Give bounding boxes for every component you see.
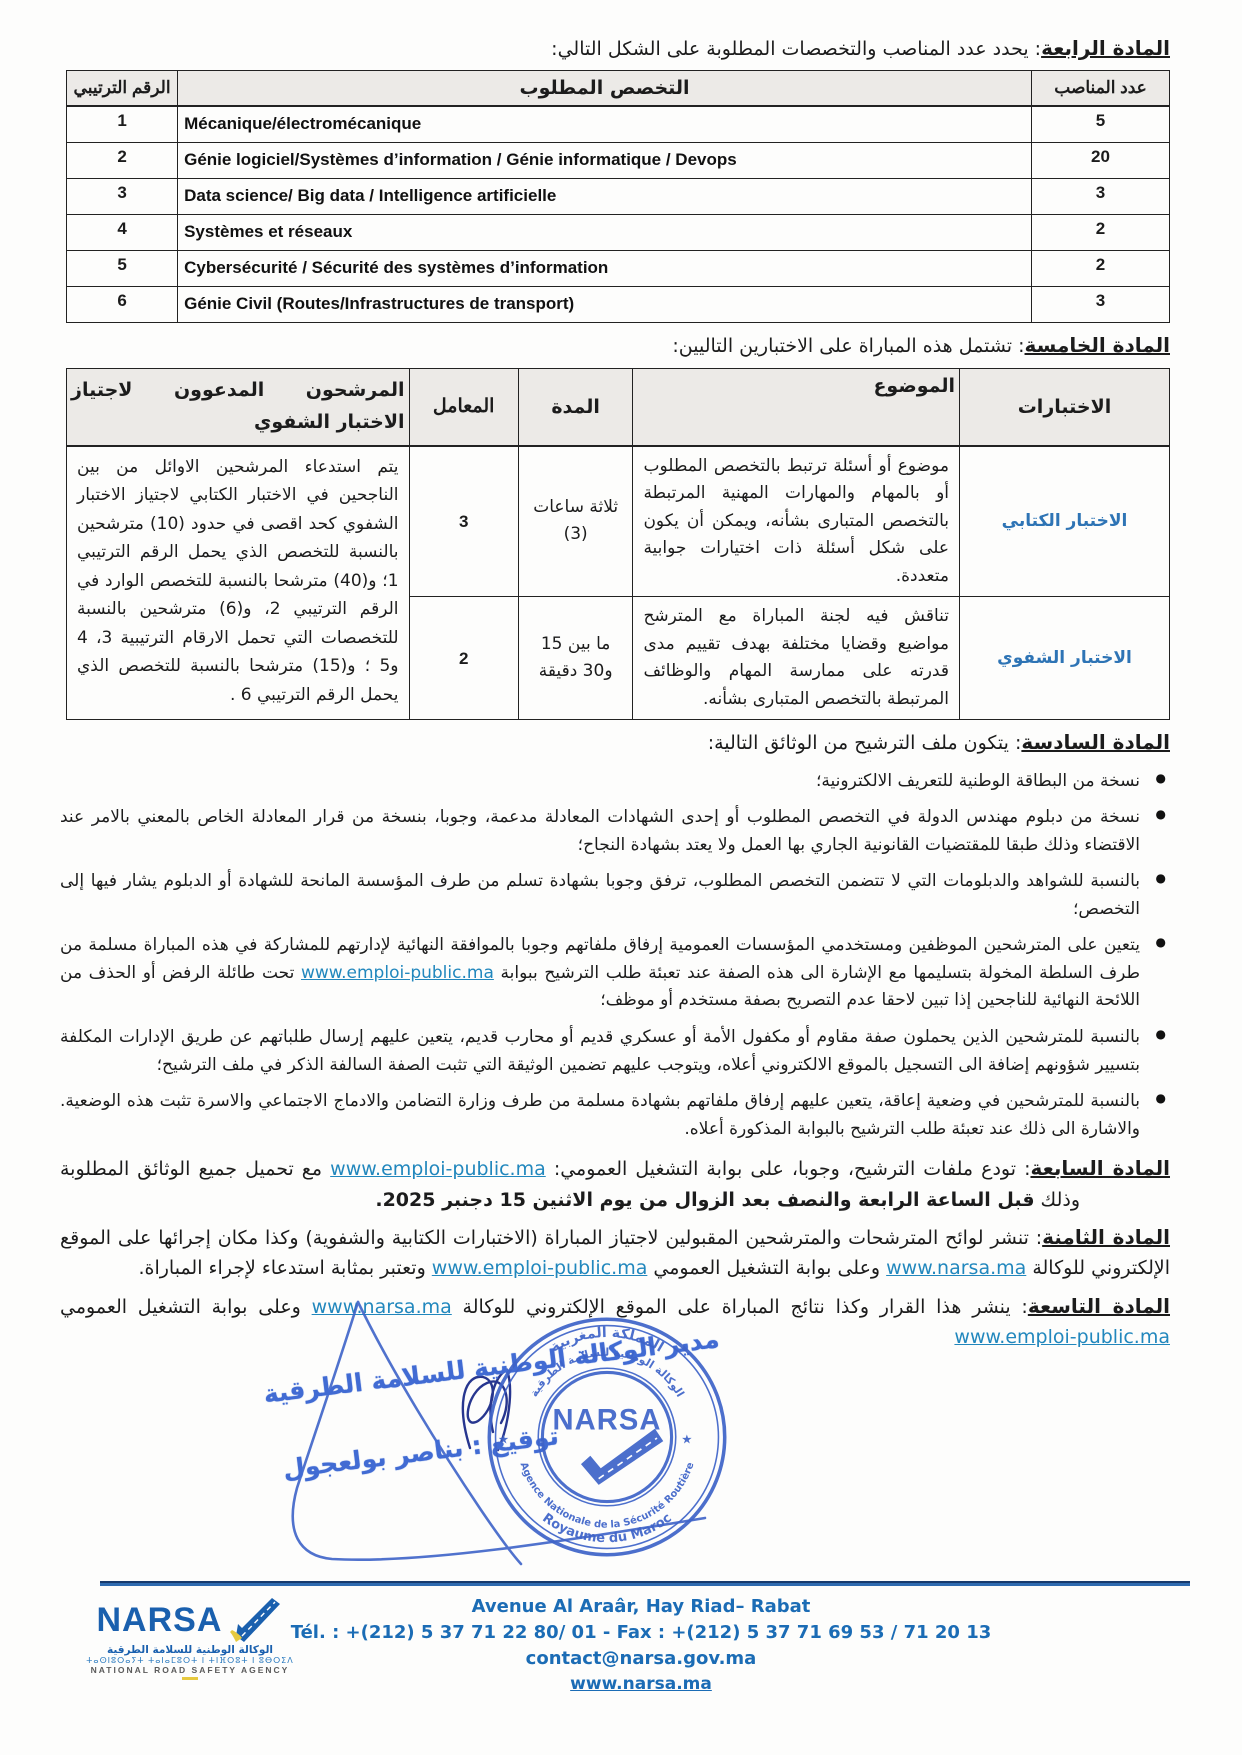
article-5-label: المادة الخامسة [1025, 333, 1170, 357]
spec-cell: Génie Civil (Routes/Infrastructures de t… [178, 287, 1032, 323]
deadline-text: قبل الساعة الرابعة والنصف بعد الزوال من … [375, 1189, 1034, 1211]
bullet-text: بالنسبة للمترشحين الذين يحملون صفة مقاوم… [60, 1027, 1140, 1075]
table-row: 5Mécanique/électromécanique1 [67, 106, 1170, 143]
positions-header-row: عدد المناصب التخصص المطلوب الرقم الترتيب… [67, 71, 1170, 107]
exams-table: الاختبارات الموضوع المدة المعامل المرشحو… [66, 368, 1170, 721]
spec-cell: Cybersécurité / Sécurité des systèmes d’… [178, 251, 1032, 287]
footer-website-link[interactable]: www.narsa.ma [570, 1674, 712, 1694]
spec-cell: Mécanique/électromécanique [178, 106, 1032, 143]
article-9-text: : ينشر هذا القرار وكذا نتائج المباراة عل… [452, 1296, 1028, 1318]
article-9-text: وعلى بوابة التشغيل العمومي [60, 1296, 312, 1318]
oral-exam-coefficient: 2 [409, 597, 518, 720]
col-header-subject: الموضوع [633, 368, 960, 445]
exams-header-row: الاختبارات الموضوع المدة المعامل المرشحو… [67, 368, 1170, 445]
count-cell: 2 [1032, 251, 1170, 287]
bullet-text: نسخة من دبلوم مهندس الدولة في التخصص الم… [60, 807, 1140, 855]
stamp-royaume-maroc: Royaume du Maroc [539, 1511, 674, 1547]
bullet-icon: ● [1156, 933, 1166, 952]
bullet-text: نسخة من البطاقة الوطنية للتعريف الالكترو… [816, 771, 1140, 791]
article-9-label: المادة التاسعة [1028, 1294, 1170, 1318]
emploi-public-link[interactable]: www.emploi-public.ma [954, 1326, 1170, 1348]
bullet-item: ●نسخة من البطاقة الوطنية للتعريف الالكتر… [60, 768, 1170, 796]
bullet-item: ●بالنسبة للمترشحين في وضعية إعاقة، يتعين… [60, 1088, 1170, 1143]
seq-cell: 5 [67, 251, 178, 287]
bullet-icon: ● [1156, 1089, 1166, 1108]
signature-scribble-icon [463, 1370, 510, 1450]
narsa-site-link[interactable]: www.narsa.ma [312, 1296, 452, 1318]
col-header-oral-candidates: المرشحون المدعوون لاجتياز الاختبار الشفو… [67, 368, 410, 445]
footer-email: contact@narsa.gov.ma [271, 1646, 1011, 1672]
bullet-item: ●نسخة من دبلوم مهندس الدولة في التخصص ال… [60, 804, 1170, 859]
seq-cell: 6 [67, 287, 178, 323]
oral-exam-subject: تناقش فيه لجنة المباراة مع المترشح مواضي… [633, 597, 960, 720]
stamp-agency-arabic: الوكالة الوطنية للسلامة الطرقية [527, 1346, 686, 1400]
article-4-heading: المادة الرابعة: يحدد عدد المناصب والتخصص… [60, 32, 1170, 64]
seq-cell: 2 [67, 143, 178, 179]
bullet-item: ●بالنسبة للشواهد والدبلومات التي لا تتضم… [60, 868, 1170, 923]
emploi-public-link[interactable]: www.emploi-public.ma [301, 963, 494, 983]
article-6-heading: المادة السادسة: يتكون ملف الترشيح من الو… [60, 726, 1170, 758]
col-header-positions-count: عدد المناصب [1032, 71, 1170, 107]
count-cell: 3 [1032, 287, 1170, 323]
seq-cell: 1 [67, 106, 178, 143]
document-page: المادة الرابعة: يحدد عدد المناصب والتخصص… [0, 0, 1242, 1755]
table-row: 2Systèmes et réseaux4 [67, 215, 1170, 251]
article-7-text: : تودع ملفات الترشيح، وجوبا، على بوابة ا… [546, 1158, 1031, 1180]
footer-logo-tifinagh: ⵜⴰⵙⵏⵓⵔⴰⵢⵜ ⵜⴰⵏⴰⵎⵓⵔⵜ ⵏ ⵜⵏⴼⵔⵓⵜ ⵏ ⵓⴱⵔⵉⴷ [85, 1656, 295, 1665]
document-body: المادة الرابعة: يحدد عدد المناصب والتخصص… [0, 0, 1242, 1352]
written-exam-coefficient: 3 [409, 446, 518, 597]
article-4-label: المادة الرابعة [1041, 36, 1170, 60]
seq-cell: 3 [67, 179, 178, 215]
bullet-icon: ● [1156, 869, 1166, 888]
spec-cell: Génie logiciel/Systèmes d’information / … [178, 143, 1032, 179]
yellow-dash-icon [182, 1677, 198, 1680]
star-icon: ★ [498, 1431, 509, 1446]
article-8-label: المادة الثامنة [1042, 1225, 1170, 1249]
article-4-text: : يحدد عدد المناصب والتخصصات المطلوبة عل… [551, 38, 1041, 60]
article-8: المادة الثامنة: تنشر لوائح المترشحات وال… [60, 1221, 1170, 1284]
table-row: 3Génie Civil (Routes/Infrastructures de … [67, 287, 1170, 323]
article-8-text: وتعتبر بمثابة استدعاء لإجراء المباراة. [138, 1257, 431, 1279]
signature-name: توقيع : بناصر بولعجول [281, 1421, 560, 1484]
bullet-text: بالنسبة للمترشحين في وضعية إعاقة، يتعين … [60, 1091, 1140, 1139]
bullet-icon: ● [1156, 769, 1166, 788]
stamp-agency-french: Agence Nationale de la Sécurité Routière [517, 1461, 696, 1531]
written-exam-subject: موضوع أو أسئلة ترتبط بالتخصص المطلوب أو … [633, 446, 960, 597]
footer-logo-arabic: الوكالة الوطنية للسلامة الطرقية [85, 1644, 295, 1656]
footer-contact-block: Avenue Al Araâr, Hay Riad– Rabat Tél. : … [271, 1594, 1011, 1694]
article-5-text: : تشتمل هذه المباراة على الاختبارين التا… [672, 335, 1024, 357]
stamp-narsa-wordmark: NARSA [553, 1405, 662, 1437]
article-6-label: المادة السادسة [1021, 730, 1170, 754]
oral-exam-name: الاختبار الشفوي [960, 597, 1170, 720]
col-header-coefficient: المعامل [409, 368, 518, 445]
seq-cell: 4 [67, 215, 178, 251]
footer-divider [100, 1581, 1190, 1586]
table-row: 2Cybersécurité / Sécurité des systèmes d… [67, 251, 1170, 287]
count-cell: 5 [1032, 106, 1170, 143]
emploi-public-link[interactable]: www.emploi-public.ma [432, 1257, 648, 1279]
article-6-text: : يتكون ملف الترشيح من الوثائق التالية: [708, 732, 1022, 754]
bullet-item: ●بالنسبة للمترشحين الذين يحملون صفة مقاو… [60, 1024, 1170, 1079]
bullet-text: بالنسبة للشواهد والدبلومات التي لا تتضمن… [60, 871, 1140, 919]
narsa-footer-logo: NARSA الوكالة الوطنية للسلامة الطرقية ⵜⴰ… [85, 1598, 295, 1680]
stamp-road-logo-icon [581, 1429, 663, 1485]
col-header-exams: الاختبارات [960, 368, 1170, 445]
narsa-wordmark: NARSA [97, 1603, 223, 1637]
spec-cell: Systèmes et réseaux [178, 215, 1032, 251]
star-icon: ★ [681, 1431, 692, 1446]
article-7: المادة السابعة: تودع ملفات الترشيح، وجوب… [60, 1152, 1170, 1215]
count-cell: 3 [1032, 179, 1170, 215]
article-9: المادة التاسعة: ينشر هذا القرار وكذا نتا… [60, 1290, 1170, 1353]
bullet-icon: ● [1156, 805, 1166, 824]
bullet-item: ●يتعين على المترشحين الموظفين ومستخدمي ا… [60, 932, 1170, 1015]
col-header-specialization: التخصص المطلوب [178, 71, 1032, 107]
spec-cell: Data science/ Big data / Intelligence ar… [178, 179, 1032, 215]
count-cell: 2 [1032, 215, 1170, 251]
col-header-duration: المدة [518, 368, 633, 445]
emploi-public-link[interactable]: www.emploi-public.ma [330, 1158, 546, 1180]
written-exam-name: الاختبار الكتابي [960, 446, 1170, 597]
positions-table: عدد المناصب التخصص المطلوب الرقم الترتيب… [66, 70, 1170, 323]
article-7-label: المادة السابعة [1030, 1156, 1170, 1180]
narsa-site-link[interactable]: www.narsa.ma [886, 1257, 1026, 1279]
count-cell: 20 [1032, 143, 1170, 179]
footer-logo-english: NATIONAL ROAD SAFETY AGENCY [85, 1665, 295, 1675]
footer-address: Avenue Al Araâr, Hay Riad– Rabat [271, 1594, 1011, 1620]
oral-exam-duration: ما بين 15 و30 دقيقة [518, 597, 633, 720]
article-5-heading: المادة الخامسة: تشتمل هذه المباراة على ا… [60, 329, 1170, 361]
written-exam-duration: ثلاثة ساعات (3) [518, 446, 633, 597]
exam-row-written: الاختبار الكتابي موضوع أو أسئلة ترتبط با… [67, 446, 1170, 597]
col-header-seq-number: الرقم الترتيبي [67, 71, 178, 107]
footer-phone-fax: Tél. : +(212) 5 37 71 22 80/ 01 - Fax : … [271, 1620, 1011, 1646]
table-row: 3Data science/ Big data / Intelligence a… [67, 179, 1170, 215]
oral-candidates-cell: يتم استدعاء المرشحين الاوائل من بين النا… [67, 446, 410, 720]
bullet-list: ●نسخة من البطاقة الوطنية للتعريف الالكتر… [60, 768, 1170, 1143]
table-row: 20Génie logiciel/Systèmes d’information … [67, 143, 1170, 179]
article-8-text: وعلى بوابة التشغيل العمومي [647, 1257, 886, 1279]
bullet-icon: ● [1156, 1025, 1166, 1044]
